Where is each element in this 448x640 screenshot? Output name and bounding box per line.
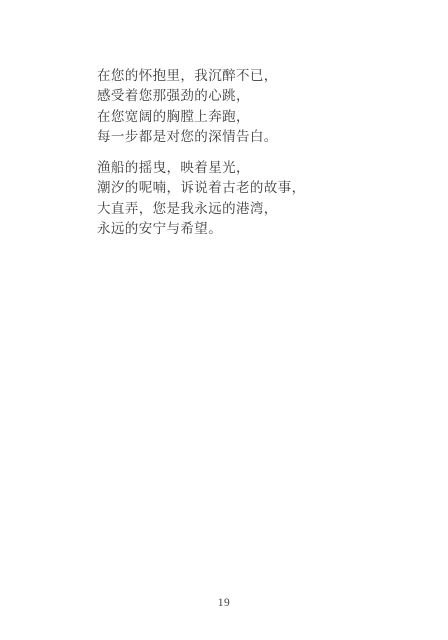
poem-line: 每一步都是对您的深情告白。 bbox=[97, 127, 306, 147]
poem-line: 永远的安宁与希望。 bbox=[97, 219, 306, 239]
poem-stanza-2: 渔船的摇曳，映着星光， 潮汐的呢喃，诉说着古老的故事， 大直弄，您是我永远的港湾… bbox=[97, 158, 306, 239]
poem-line: 大直弄，您是我永远的港湾， bbox=[97, 199, 306, 219]
page-number: 19 bbox=[0, 596, 448, 610]
poem-line: 在您宽阔的胸膛上奔跑， bbox=[97, 107, 306, 127]
poem-line: 渔船的摇曳，映着星光， bbox=[97, 158, 306, 178]
poem-line: 潮汐的呢喃，诉说着古老的故事， bbox=[97, 178, 306, 198]
poem-stanza-1: 在您的怀抱里，我沉醉不已， 感受着您那强劲的心跳， 在您宽阔的胸膛上奔跑， 每一… bbox=[97, 66, 306, 147]
poem-text-block: 在您的怀抱里，我沉醉不已， 感受着您那强劲的心跳， 在您宽阔的胸膛上奔跑， 每一… bbox=[97, 66, 306, 239]
book-page: 在您的怀抱里，我沉醉不已， 感受着您那强劲的心跳， 在您宽阔的胸膛上奔跑， 每一… bbox=[0, 0, 448, 640]
poem-line: 在您的怀抱里，我沉醉不已， bbox=[97, 66, 306, 86]
poem-line: 感受着您那强劲的心跳， bbox=[97, 86, 306, 106]
